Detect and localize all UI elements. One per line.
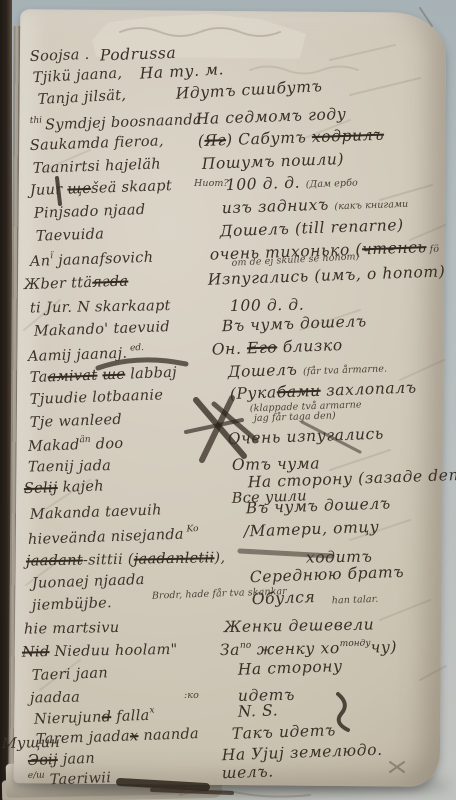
- word: За: [220, 641, 240, 659]
- word: Дошелъ: [228, 360, 304, 381]
- word: (какъ книгами: [334, 199, 408, 213]
- term-left: Tanja jilsät,: [37, 87, 126, 108]
- word: än: [79, 435, 91, 445]
- struck-word: Nid: [22, 644, 50, 660]
- term-left: Tjikü jaana,: [32, 66, 122, 87]
- term-left: Taамivat ше labbaj: [30, 365, 178, 386]
- gloss-right: Въ чумъ дошелъ: [222, 312, 368, 335]
- gloss-right: Podrussa: [100, 44, 177, 65]
- term-left: Taenij jada: [28, 458, 112, 475]
- word: х: [149, 706, 154, 716]
- word: Taevuida: [36, 226, 105, 244]
- word: Saukamda fieroa,: [30, 133, 164, 154]
- term-left: Makanda taevuih: [30, 502, 162, 523]
- word: Въ чумъ дошелъ: [222, 312, 368, 335]
- struck-word: Его: [247, 338, 278, 357]
- word: близко: [277, 336, 343, 356]
- word: Въ чумъ дошелъ: [246, 494, 392, 517]
- word: Женки дешевели: [224, 615, 375, 636]
- term-left: Мущин: [2, 735, 60, 752]
- word: Ta: [30, 369, 48, 386]
- struck-word: jaadant: [26, 553, 83, 570]
- word: Мущин: [2, 735, 60, 752]
- word: doo: [91, 436, 124, 453]
- word: Жber ttä: [24, 275, 93, 293]
- word: шелъ.: [222, 762, 275, 782]
- struck-word: ще: [67, 181, 91, 198]
- gloss-right: изъ заднихъ (какъ книгами: [222, 193, 409, 217]
- gloss-right: Очень изпугались: [228, 425, 385, 448]
- term-left: Tje wanleed: [30, 412, 123, 431]
- word: Juur: [30, 182, 68, 199]
- struck-word: ягda: [92, 274, 129, 291]
- word: ti Jur. Ν skarkaapt: [30, 298, 171, 316]
- term-left: thi Symdjej boosnaanda: [30, 110, 203, 134]
- word: falla: [111, 708, 150, 725]
- gloss-right: (Яг) Сабутъ ходрилъ: [198, 126, 385, 150]
- term-left: Жber ttäягda: [24, 274, 129, 294]
- gloss-right: jag får taga den): [253, 404, 336, 425]
- word: jag får taga den): [254, 410, 336, 424]
- struck-word: ше: [102, 367, 125, 384]
- gloss-right: На ту. м.: [139, 60, 224, 82]
- struck-word: Selij: [24, 480, 58, 497]
- struck-word: ходрилъ: [312, 126, 385, 147]
- photo-of-manuscript: Soojsa .PodrussaTjikü jaana,На ту. м.Tan…: [0, 0, 456, 800]
- word: N. S.: [238, 701, 279, 720]
- word: Aamij jaanaj.: [28, 346, 128, 365]
- term-left: hie martsivu: [24, 620, 120, 638]
- word: Пошумъ пошли): [202, 150, 345, 173]
- term-left: jaadant-sittii (jaadanletii),: [26, 550, 226, 569]
- gloss-right: /Матери, отцу: [244, 518, 380, 541]
- word: Taeriwii: [45, 770, 112, 788]
- term-left: Эвij jaan: [28, 751, 96, 769]
- gloss-right: На седмомъ году: [196, 105, 347, 128]
- term-left: han talar.: [331, 590, 378, 608]
- word: labbaj: [125, 365, 177, 383]
- gloss-right: Он. Его близко: [212, 336, 343, 359]
- word: Ko: [184, 524, 199, 535]
- gloss-right: Въ чумъ дошелъ: [246, 494, 392, 517]
- term-left: Makadän doo: [28, 434, 124, 455]
- word: Он.: [212, 339, 248, 358]
- word: hie martsivu: [24, 620, 120, 638]
- gloss-right: 100 д. д.: [230, 296, 305, 315]
- word: 100 д. д.: [226, 173, 306, 194]
- word: Очень изпугались: [228, 425, 385, 448]
- word: Taenij jada: [28, 458, 112, 475]
- word: kajeh: [57, 478, 104, 496]
- word: šeä skaapt: [91, 178, 172, 197]
- gloss-right: шелъ.: [222, 762, 275, 782]
- term-left: Nierujund fallaх: [34, 706, 155, 728]
- word: ed.: [127, 343, 144, 354]
- word: Symdjej boosnaanda: [45, 112, 202, 133]
- word: ) Сабутъ: [226, 128, 312, 149]
- word: ),: [214, 550, 225, 566]
- word: Pinjsado njaad: [34, 202, 146, 222]
- gloss-right: Дошелъ (får tva årmarne.: [228, 357, 388, 381]
- word: jaadaa: [30, 690, 80, 707]
- term-left: Makando' taevuid: [34, 319, 171, 340]
- word: На сторону: [238, 657, 343, 679]
- word: Taeri jaan: [32, 665, 109, 684]
- term-left: Saukamda fieroa,: [30, 133, 164, 154]
- word: Makanda taevuih: [30, 502, 162, 523]
- word: Tje wanleed: [30, 412, 123, 431]
- term-left: Taevuida: [36, 226, 105, 244]
- word: -sittii (: [83, 552, 134, 569]
- word: han talar.: [332, 594, 379, 607]
- word: Podrussa: [100, 44, 177, 65]
- gloss-right: На сторону: [238, 657, 343, 679]
- word: Soojsa .: [30, 47, 90, 65]
- term-left: ti Jur. Ν skarkaapt: [30, 298, 171, 316]
- word: 100 д. д.: [230, 296, 305, 315]
- struck-word: jaadanletii: [134, 550, 215, 567]
- term-left: Nid Nieduu hoolam": [22, 642, 178, 661]
- word: Makad: [28, 437, 80, 455]
- word: На ту. м.: [139, 60, 224, 82]
- word: Nieduu hoolam": [49, 642, 177, 660]
- gloss-right: N. S.: [238, 701, 279, 720]
- word: (får tva årmarne.: [303, 363, 388, 377]
- text-layer: Soojsa .PodrussaTjikü jaana,На ту. м.Tan…: [0, 0, 456, 800]
- word: по: [240, 641, 251, 651]
- term-left: hieveända nisejanda Ko: [28, 524, 199, 548]
- struck-word: амivat: [47, 368, 97, 386]
- term-left: Pinjsado njaad: [34, 202, 146, 222]
- gloss-right: 100 д. д. (Дам ербо: [226, 172, 359, 195]
- word: Tanja jilsät,: [37, 87, 126, 108]
- word: тонду: [340, 639, 371, 650]
- gloss-right: Дошелъ (till renarne): [220, 216, 405, 240]
- word: jaan: [57, 751, 95, 768]
- term-left: Selij kajeh: [24, 478, 105, 497]
- term-left: Taeri jaan: [32, 665, 109, 684]
- struck-word: Яг: [204, 131, 226, 150]
- word: Makando' taevuid: [34, 319, 171, 340]
- word: (Дам ербо: [306, 178, 358, 191]
- word: На седмомъ году: [196, 105, 347, 128]
- word: Nierujun: [34, 709, 102, 727]
- term-left: Soojsa .: [30, 47, 90, 65]
- word: Tjikü jaana,: [32, 66, 122, 87]
- word: изъ заднихъ: [222, 195, 335, 217]
- word: thi: [30, 115, 45, 126]
- term-left: Aamij jaanaj. ed.: [28, 343, 145, 365]
- struck-word: Эвij: [28, 752, 58, 769]
- word: hieveända nisejanda: [28, 527, 184, 548]
- gloss-right: Женки дешевели: [224, 615, 375, 636]
- term-left: e/ш Taeriwii: [28, 768, 112, 789]
- word: чу): [370, 638, 397, 656]
- term-left: jaadaa: [30, 690, 80, 707]
- word: e/ш: [28, 770, 45, 781]
- word: женку хо: [251, 639, 340, 659]
- gloss-right: Пошумъ пошли): [202, 150, 345, 173]
- word: /Матери, отцу: [244, 518, 380, 541]
- word: Дошелъ (till renarne): [220, 216, 405, 240]
